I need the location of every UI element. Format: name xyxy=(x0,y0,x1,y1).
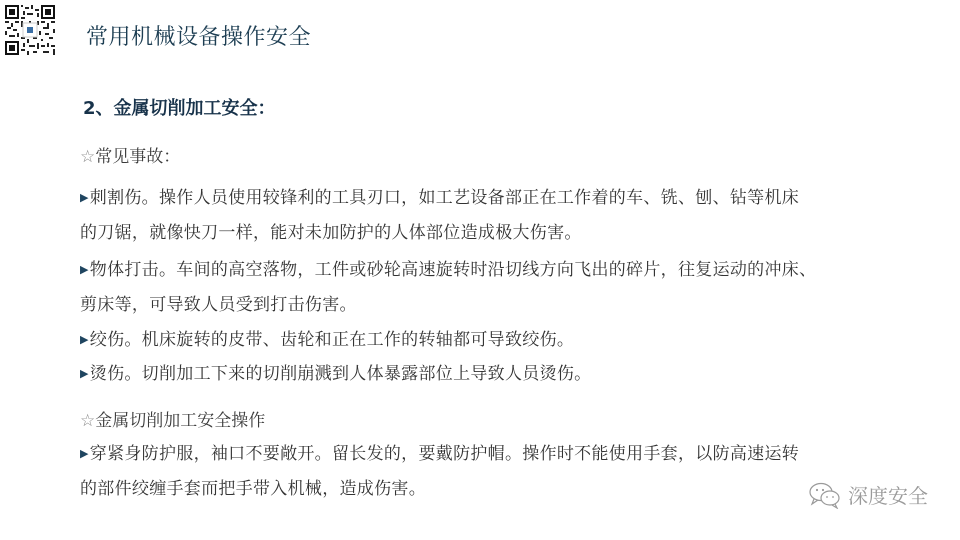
qr-code-icon xyxy=(5,5,55,55)
accident-text-line1: 绞伤。机床旋转的皮带、齿轮和正在工作的转轴都可导致绞伤。 xyxy=(90,330,574,350)
accident-item: ▶烫伤。切削加工下来的切削崩溅到人体暴露部位上导致人员烫伤。 xyxy=(80,356,940,392)
accident-text-line1: 刺割伤。操作人员使用较锋利的工具刃口，如工艺设备部正在工作着的车、铣、刨、钻等机… xyxy=(90,188,799,208)
accident-text-line2: 的刀锯，就像快刀一样，能对未加防护的人体部位造成极大伤害。 xyxy=(80,223,582,243)
operations-label: 金属切削加工安全操作 xyxy=(95,411,265,431)
bullet-arrow-icon: ▶ xyxy=(80,191,89,204)
operation-text-line1: 穿紧身防护服，袖口不要敞开。留长发的，要戴防护帽。操作时不能使用手套，以防高速运… xyxy=(90,444,799,464)
page-title: 常用机械设备操作安全 xyxy=(86,20,311,51)
bullet-arrow-icon: ▶ xyxy=(80,367,89,380)
watermark: 深度安全 xyxy=(808,480,928,509)
bullet-arrow-icon: ▶ xyxy=(80,447,89,460)
watermark-text: 深度安全 xyxy=(848,480,928,509)
accident-item: ▶刺割伤。操作人员使用较锋利的工具刃口，如工艺设备部正在工作着的车、铣、刨、钻等… xyxy=(80,180,940,251)
bullet-arrow-icon: ▶ xyxy=(80,263,89,276)
section-heading: 2、金属切削加工安全： xyxy=(83,94,276,120)
star-icon: ☆ xyxy=(80,147,95,167)
accident-text-line2: 剪床等，可导致人员受到打击伤害。 xyxy=(80,295,357,315)
accident-item: ▶绞伤。机床旋转的皮带、齿轮和正在工作的转轴都可导致绞伤。 xyxy=(80,322,940,358)
accidents-label: 常见事故： xyxy=(95,147,180,167)
accidents-heading: ☆常见事故： xyxy=(80,142,180,167)
star-icon: ☆ xyxy=(80,411,95,431)
operations-heading: ☆金属切削加工安全操作 xyxy=(80,406,265,431)
wechat-icon xyxy=(808,481,842,509)
accident-item: ▶物体打击。车间的高空落物，工件或砂轮高速旋转时沿切线方向飞出的碎片，往复运动的… xyxy=(80,252,940,323)
operation-text-line2: 的部件绞缠手套而把手带入机械，造成伤害。 xyxy=(80,479,426,499)
accident-text-line1: 物体打击。车间的高空落物，工件或砂轮高速旋转时沿切线方向飞出的碎片，往复运动的冲… xyxy=(90,260,817,280)
slide: 常用机械设备操作安全 2、金属切削加工安全： ☆常见事故： ▶刺割伤。操作人员使… xyxy=(0,0,960,540)
accident-text-line1: 烫伤。切削加工下来的切削崩溅到人体暴露部位上导致人员烫伤。 xyxy=(90,364,592,384)
bullet-arrow-icon: ▶ xyxy=(80,333,89,346)
